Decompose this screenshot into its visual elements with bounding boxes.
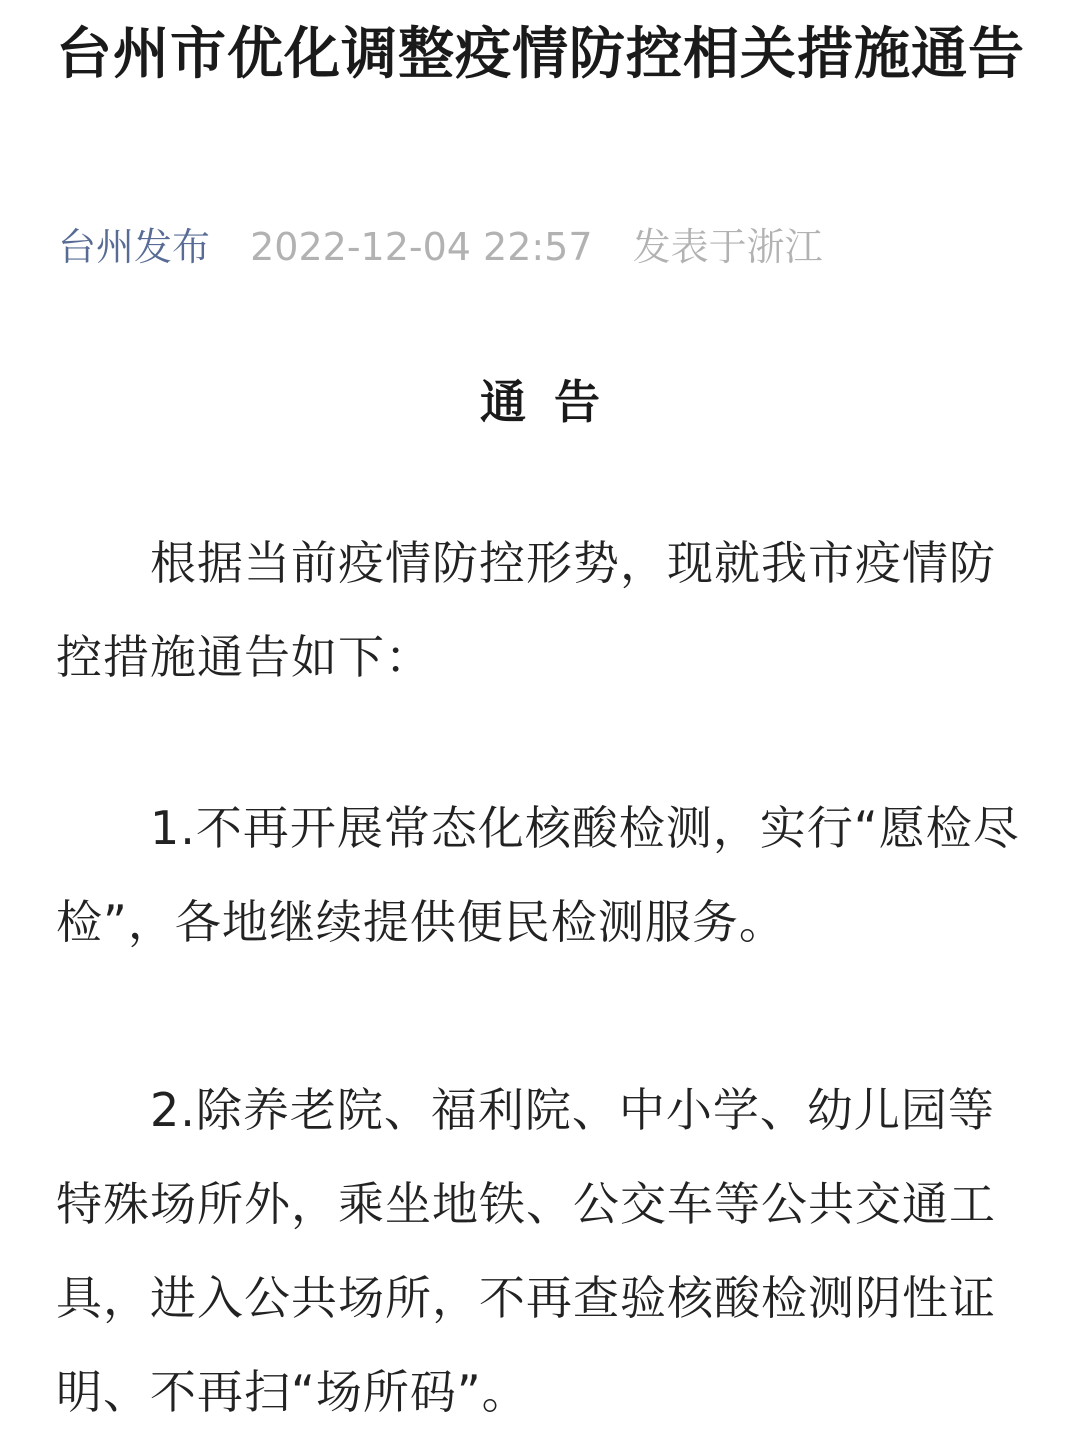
intro-paragraph: 根据当前疫情防控形势，现就我市疫情防控措施通告如下： <box>56 516 1031 704</box>
publish-location: 发表于浙江 <box>633 225 823 269</box>
publish-time: 2022-12-04 22:57 <box>250 225 592 269</box>
notice-heading: 通告 <box>0 372 1080 432</box>
measure-paragraph-2: 2.除养老院、福利院、中小学、幼儿园等特殊场所外，乘坐地铁、公交车等公共交通工具… <box>56 1063 1031 1439</box>
article-title: 台州市优化调整疫情防控相关措施通告 <box>56 14 1036 96</box>
measure-paragraph-1: 1.不再开展常态化核酸检测，实行“愿检尽检”，各地继续提供便民检测服务。 <box>56 781 1031 969</box>
source-account-link[interactable]: 台州发布 <box>58 225 210 269</box>
article-meta: 台州发布 2022-12-04 22:57 发表于浙江 <box>58 222 823 272</box>
